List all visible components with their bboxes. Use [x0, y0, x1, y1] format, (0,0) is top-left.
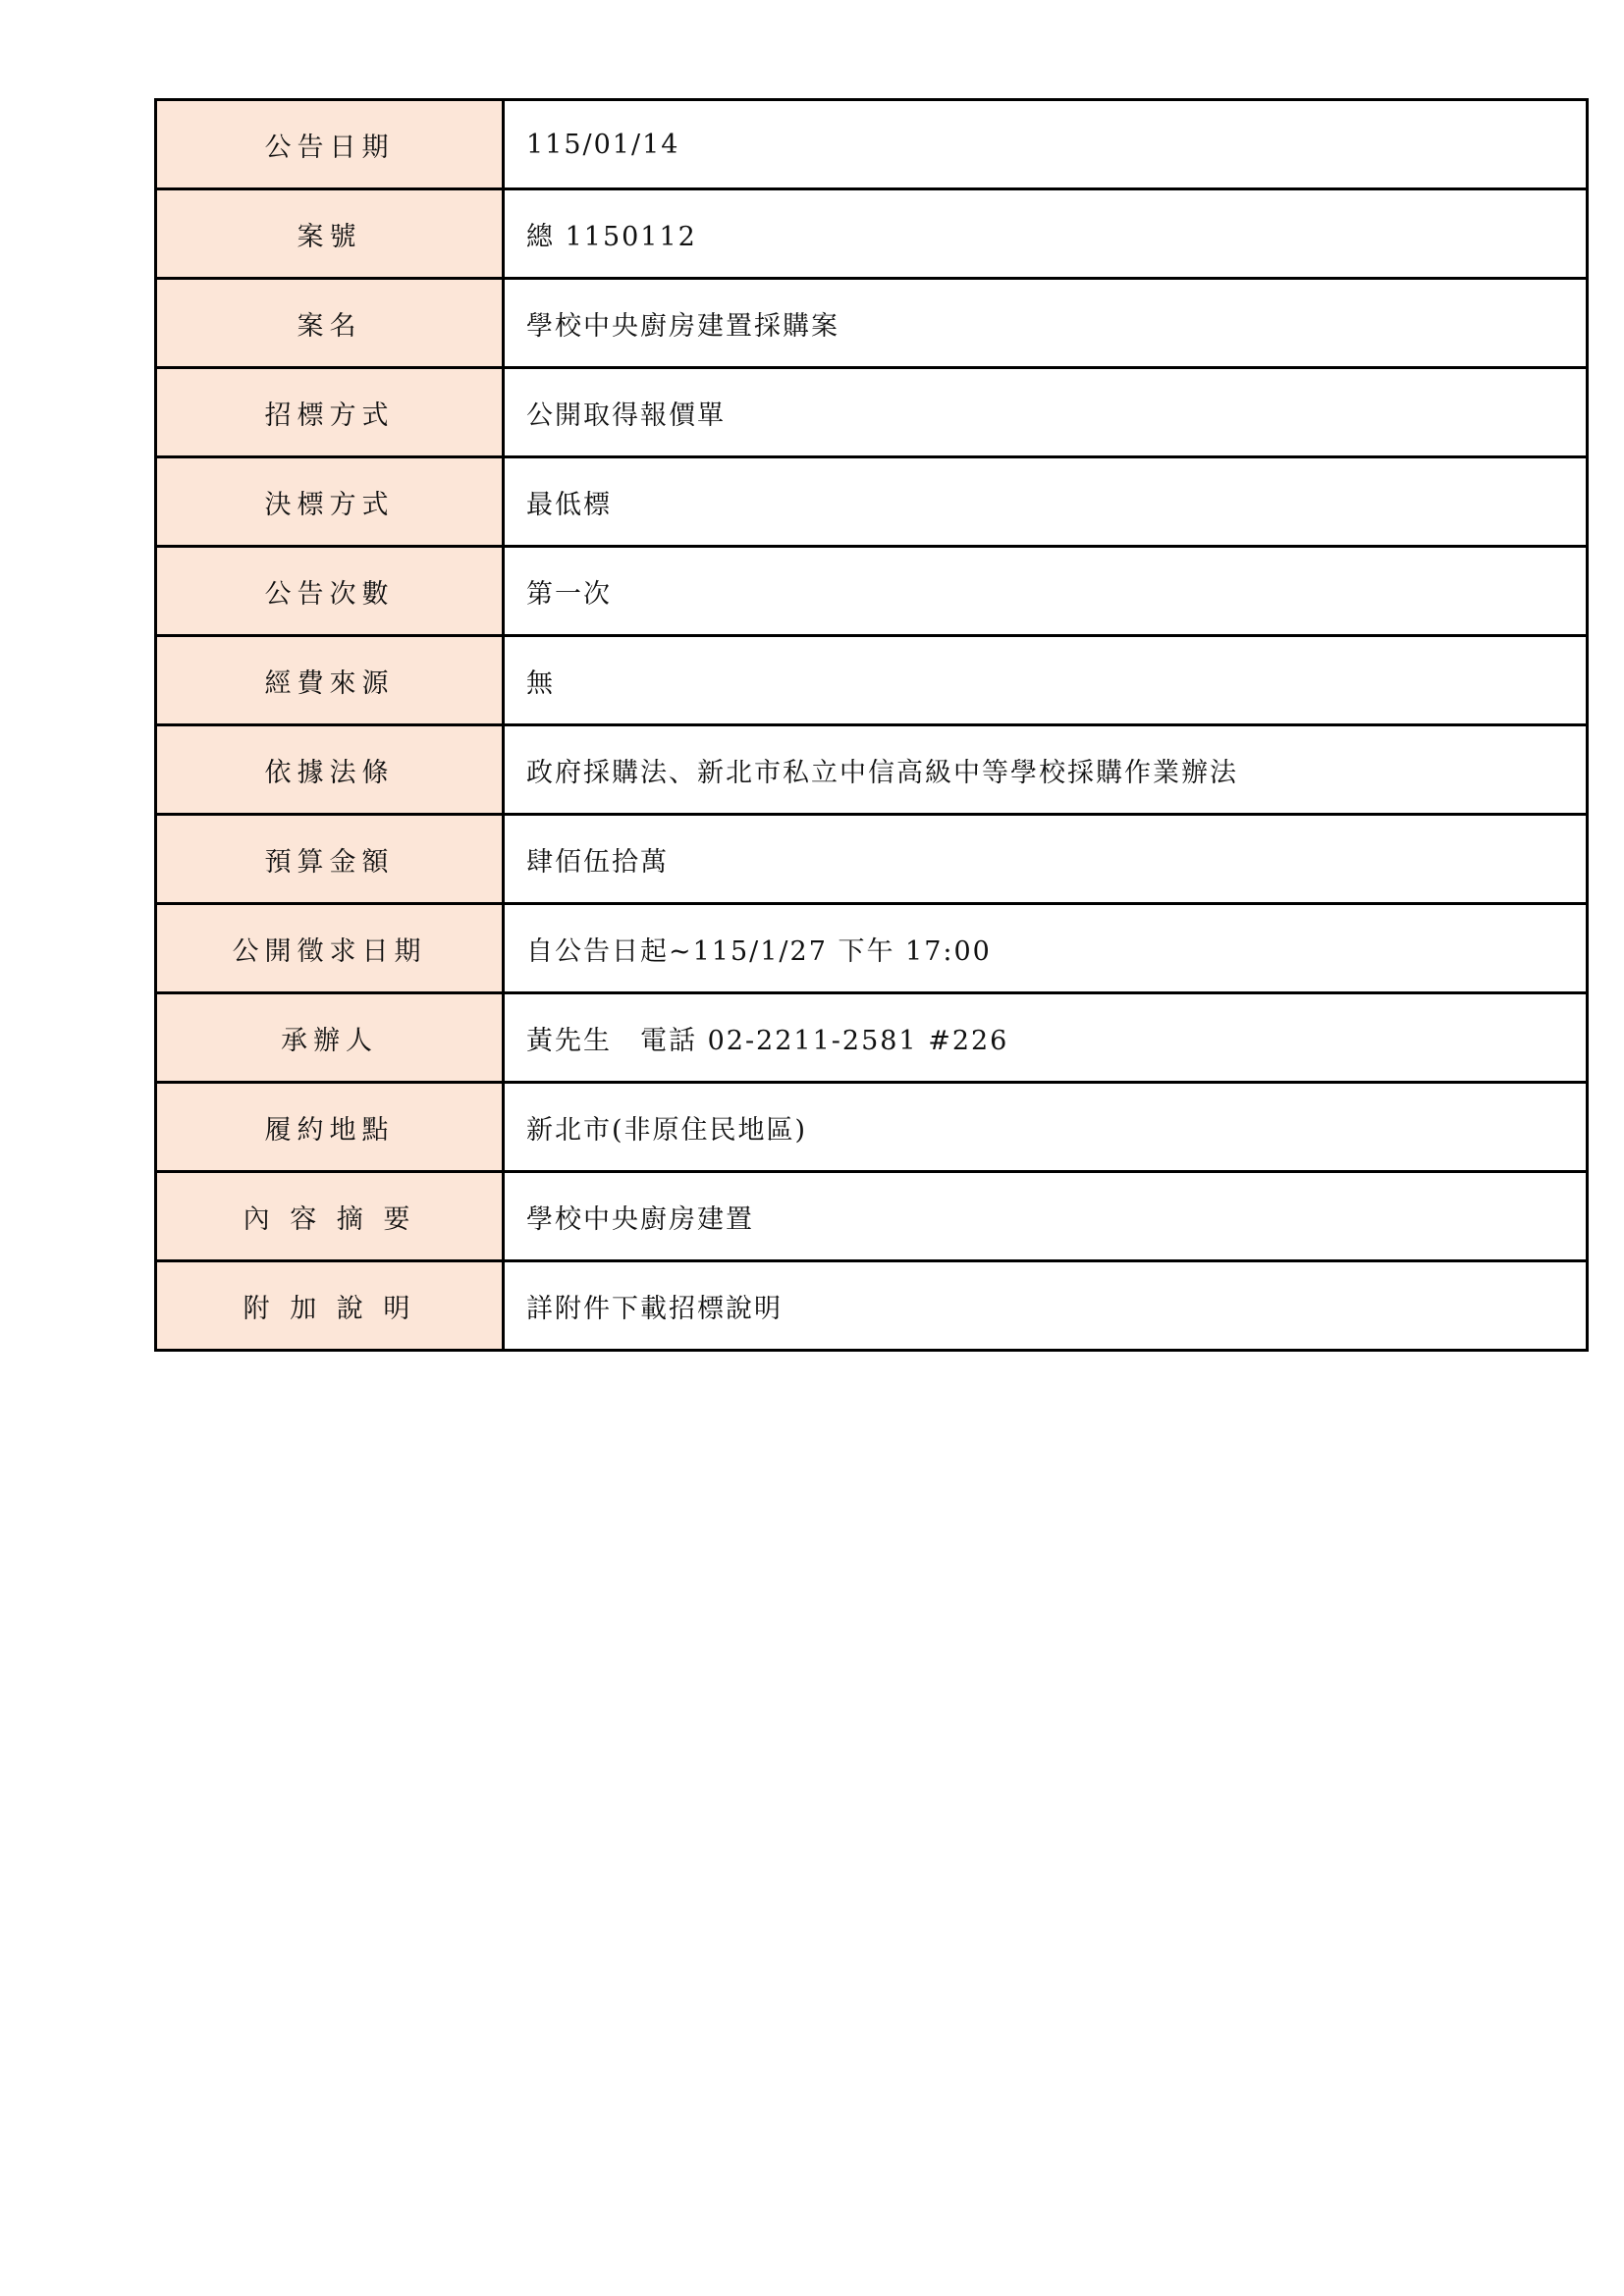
- row-value: 最低標: [504, 457, 1588, 547]
- table-row-content-summary: 內 容 摘 要 學校中央廚房建置: [156, 1172, 1588, 1261]
- row-value: 自公告日起~115/1/27 下午 17:00: [504, 904, 1588, 993]
- row-label: 履約地點: [156, 1083, 504, 1172]
- table-row-solicitation-period: 公開徵求日期 自公告日起~115/1/27 下午 17:00: [156, 904, 1588, 993]
- table-row-performance-location: 履約地點 新北市(非原住民地區): [156, 1083, 1588, 1172]
- row-label: 招標方式: [156, 368, 504, 457]
- row-value: 無: [504, 636, 1588, 725]
- row-label: 公告日期: [156, 100, 504, 189]
- row-label: 內 容 摘 要: [156, 1172, 504, 1261]
- row-value: 詳附件下載招標說明: [504, 1261, 1588, 1351]
- table-row-tender-method: 招標方式 公開取得報價單: [156, 368, 1588, 457]
- row-label: 決標方式: [156, 457, 504, 547]
- table-row-case-number: 案號 總 1150112: [156, 189, 1588, 279]
- row-value: 第一次: [504, 547, 1588, 636]
- row-label: 公告次數: [156, 547, 504, 636]
- row-label: 承辦人: [156, 993, 504, 1083]
- row-value: 學校中央廚房建置採購案: [504, 279, 1588, 368]
- row-value: 學校中央廚房建置: [504, 1172, 1588, 1261]
- row-value: 肆佰伍拾萬: [504, 815, 1588, 904]
- tender-announcement-table: 公告日期 115/01/14 案號 總 1150112 案名 學校中央廚房建置採…: [154, 98, 1589, 1352]
- row-label: 經費來源: [156, 636, 504, 725]
- row-label: 案名: [156, 279, 504, 368]
- row-value: 115/01/14: [504, 100, 1588, 189]
- row-value: 黃先生 電話 02-2211-2581 #226: [504, 993, 1588, 1083]
- row-label: 依據法條: [156, 725, 504, 815]
- row-value: 政府採購法、新北市私立中信高級中等學校採購作業辦法: [504, 725, 1588, 815]
- table-row-additional-notes: 附 加 說 明 詳附件下載招標說明: [156, 1261, 1588, 1351]
- row-value: 公開取得報價單: [504, 368, 1588, 457]
- table-row-budget-amount: 預算金額 肆佰伍拾萬: [156, 815, 1588, 904]
- table-row-case-name: 案名 學校中央廚房建置採購案: [156, 279, 1588, 368]
- row-value: 總 1150112: [504, 189, 1588, 279]
- table-row-announcement-date: 公告日期 115/01/14: [156, 100, 1588, 189]
- row-label: 公開徵求日期: [156, 904, 504, 993]
- row-label: 預算金額: [156, 815, 504, 904]
- row-value: 新北市(非原住民地區): [504, 1083, 1588, 1172]
- table-row-contact-person: 承辦人 黃先生 電話 02-2211-2581 #226: [156, 993, 1588, 1083]
- table-row-funding-source: 經費來源 無: [156, 636, 1588, 725]
- table-row-announcement-count: 公告次數 第一次: [156, 547, 1588, 636]
- row-label: 附 加 說 明: [156, 1261, 504, 1351]
- row-label: 案號: [156, 189, 504, 279]
- table-row-award-method: 決標方式 最低標: [156, 457, 1588, 547]
- table-row-legal-basis: 依據法條 政府採購法、新北市私立中信高級中等學校採購作業辦法: [156, 725, 1588, 815]
